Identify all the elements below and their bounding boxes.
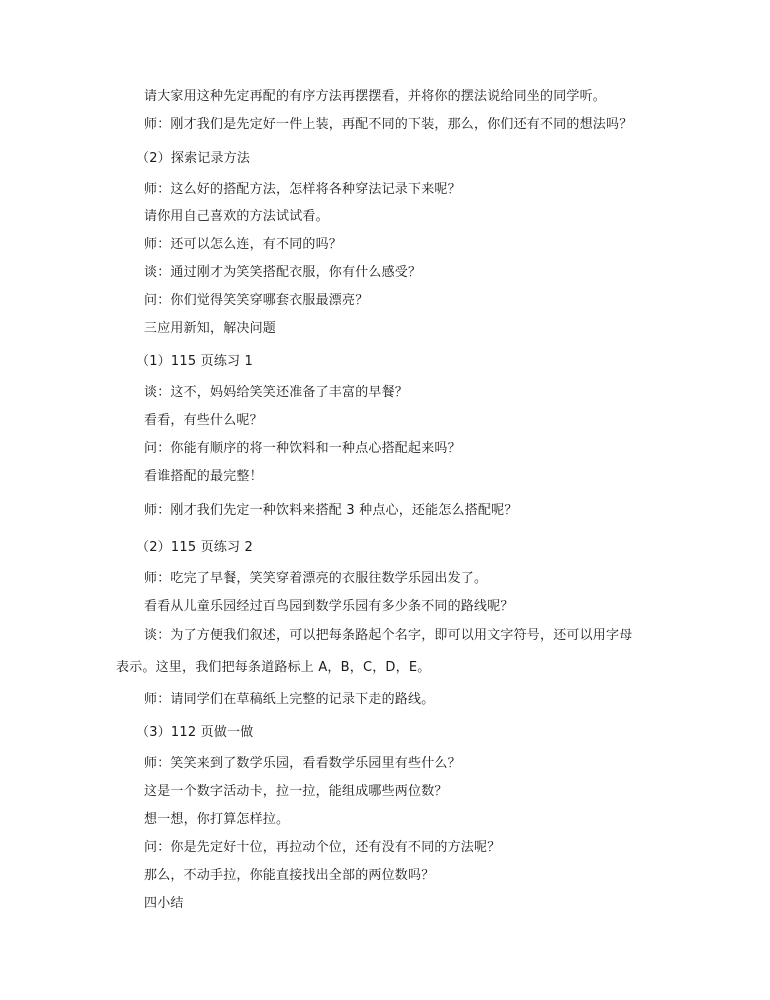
paragraph-line: 谈：通过刚才为笑笑搭配衣服，你有什么感受？ [144, 265, 421, 281]
paragraph-line: 这是一个数字活动卡，拉一拉，能组成哪些两位数？ [144, 784, 448, 800]
section-heading: 四小结 [144, 896, 184, 912]
section-heading: （1）115 页练习 1 [136, 354, 253, 370]
paragraph-line: 师：请同学们在草稿纸上完整的记录下走的路线。 [144, 692, 434, 708]
paragraph-line: 问：你们觉得笑笑穿哪套衣服最漂亮？ [144, 293, 368, 309]
paragraph-line: 请大家用这种先定再配的有序方法再摆摆看，并将你的摆法说给同坐的同学听。 [144, 89, 606, 105]
paragraph-line: 请你用自己喜欢的方法试试看。 [144, 209, 329, 225]
paragraph-line: 那么，不动手拉，你能直接找出全部的两位数吗？ [144, 868, 434, 884]
paragraph-line: 谈：这不，妈妈给笑笑还准备了丰富的早餐？ [144, 385, 408, 401]
section-heading: 三应用新知，解决问题 [144, 321, 276, 337]
paragraph-line: 看谁搭配的最完整！ [144, 469, 263, 485]
paragraph-line: 师：还可以怎么连，有不同的吗？ [144, 237, 342, 253]
paragraph-line: 谈：为了方便我们叙述，可以把每条路起个名字，即可以用文字符号，还可以用字母 [144, 628, 632, 644]
section-heading: （3）112 页做一做 [136, 725, 253, 741]
paragraph-line: 师：吃完了早餐，笑笑穿着漂亮的衣服往数学乐园出发了。 [144, 571, 487, 587]
paragraph-line: 问：你能有顺序的将一种饮料和一种点心搭配起来吗？ [144, 441, 461, 457]
document-page: 请大家用这种先定再配的有序方法再摆摆看，并将你的摆法说给同坐的同学听。 师：刚才… [0, 0, 770, 1000]
paragraph-line: 问：你是先定好十位，再拉动个位，还有没有不同的方法呢？ [144, 840, 500, 856]
paragraph-line: 表示。这里，我们把每条道路标上 A，B，C，D，E。 [116, 660, 430, 676]
section-heading: （2）探索记录方法 [136, 151, 250, 167]
section-heading: （2）115 页练习 2 [136, 540, 253, 556]
paragraph-line: 师：刚才我们先定一种饮料来搭配 3 种点心，还能怎么搭配呢？ [144, 503, 518, 519]
paragraph-line: 师：笑笑来到了数学乐园，看看数学乐园里有些什么？ [144, 756, 461, 772]
paragraph-line: 师：这么好的搭配方法，怎样将各种穿法记录下来呢？ [144, 182, 461, 198]
paragraph-line: 师：刚才我们是先定好一件上装，再配不同的下装，那么，你们还有不同的想法吗？ [144, 117, 632, 133]
paragraph-line: 看看从儿童乐园经过百鸟园到数学乐园有多少条不同的路线呢？ [144, 599, 514, 615]
paragraph-line: 看看，有些什么呢？ [144, 413, 263, 429]
paragraph-line: 想一想，你打算怎样拉。 [144, 812, 289, 828]
